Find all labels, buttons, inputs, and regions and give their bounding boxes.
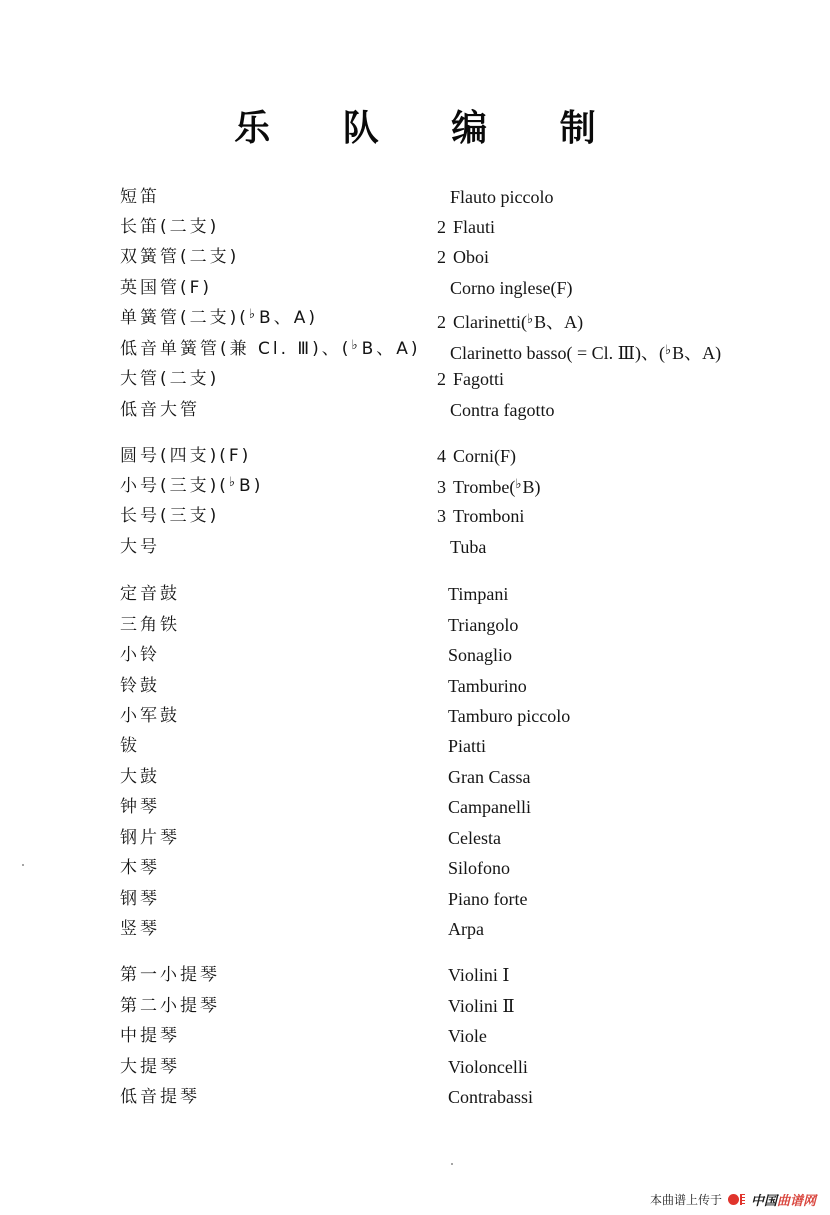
- instrument-label: Corno inglese(F): [450, 278, 572, 298]
- instrument-name-chinese: 低音提琴: [120, 1082, 200, 1107]
- instrument-name-italian: Piano forte: [448, 889, 527, 910]
- instrument-count: 4: [437, 446, 453, 467]
- logo-circle-icon: [728, 1194, 739, 1205]
- instrument-row: 长笛(二支)2Flauti: [0, 210, 830, 240]
- instrument-name-chinese: 双簧管(二支): [120, 242, 239, 267]
- instrument-label: Celesta: [448, 828, 501, 848]
- instrument-name-chinese: 三角铁: [120, 610, 180, 635]
- instrument-name-italian: 2Fagotti: [437, 369, 504, 390]
- instrument-label: Triangolo: [448, 615, 518, 635]
- footer-watermark: 本曲谱上传于 中国曲谱网: [650, 1190, 816, 1209]
- instrument-row: 三角铁Triangolo: [0, 608, 830, 638]
- instrument-row: 竖琴Arpa: [0, 912, 830, 942]
- instrument-name-chinese: 低音大管: [120, 395, 200, 420]
- instrument-row: 第二小提琴Violini Ⅱ: [0, 989, 830, 1019]
- instrument-name-chinese: 单簧管(二支)(♭B、A): [120, 303, 318, 328]
- instrument-count: 2: [437, 217, 453, 238]
- instrument-count: 2: [437, 247, 453, 268]
- scan-speck: [22, 864, 24, 866]
- instrument-name-chinese: 大号: [120, 532, 160, 557]
- flat-sign-icon: ♭: [351, 338, 360, 353]
- instrument-name-italian: Viole: [448, 1026, 487, 1047]
- flat-sign-icon: ♭: [527, 311, 533, 326]
- instrument-label: Timpani: [448, 584, 508, 604]
- instrument-name-chinese: 短笛: [120, 182, 160, 207]
- instrument-row: 木琴Silofono: [0, 851, 830, 881]
- instrument-label: Sonaglio: [448, 645, 512, 665]
- instrument-row: 低音大管Contra fagotto: [0, 393, 830, 423]
- instrument-row: 中提琴Viole: [0, 1019, 830, 1049]
- instrument-name-italian: Tamburino: [448, 676, 527, 697]
- instrument-name-chinese: 钟琴: [120, 792, 160, 817]
- instrument-row: 单簧管(二支)(♭B、A)2Clarinetti(♭B、A): [0, 301, 830, 331]
- instrument-row: 钹Piatti: [0, 729, 830, 759]
- flat-sign-icon: ♭: [665, 342, 671, 357]
- instrument-count: 2: [437, 312, 453, 333]
- instrument-label: Contra fagotto: [450, 400, 554, 420]
- logo-text-qupu: 曲谱网: [777, 1194, 816, 1209]
- instrument-row: 英国管(F)Corno inglese(F): [0, 271, 830, 301]
- instrument-name-chinese: 英国管(F): [120, 273, 212, 298]
- instrument-row: 钟琴Campanelli: [0, 790, 830, 820]
- instrument-name-chinese: 定音鼓: [120, 579, 180, 604]
- instrument-name-chinese: 圆号(四支)(F): [120, 441, 251, 466]
- instrument-name-chinese: 大提琴: [120, 1052, 180, 1077]
- instrument-row: 钢片琴Celesta: [0, 821, 830, 851]
- instrument-name-chinese: 第二小提琴: [120, 991, 220, 1016]
- instrument-name-italian: Violini Ⅱ: [448, 996, 515, 1017]
- instrument-label: Tromboni: [453, 506, 524, 526]
- instrument-label: Flauti: [453, 217, 495, 237]
- instrument-label: Oboi: [453, 247, 489, 267]
- instrument-count: 2: [437, 369, 453, 390]
- instrument-name-chinese: 钹: [120, 731, 140, 756]
- instrument-name-italian: 2Clarinetti(♭B、A): [437, 308, 583, 334]
- instrument-row: 小军鼓Tamburo piccolo: [0, 699, 830, 729]
- instrument-label: Clarinetto basso( = Cl. Ⅲ)、(♭B、A): [450, 343, 721, 363]
- instrument-label: Piano forte: [448, 889, 527, 909]
- instrument-name-italian: Campanelli: [448, 797, 531, 818]
- instrument-row: 短笛Flauto piccolo: [0, 180, 830, 210]
- flat-sign-icon: ♭: [249, 307, 258, 322]
- instrument-name-chinese: 铃鼓: [120, 671, 160, 696]
- instrument-name-italian: 2Oboi: [437, 247, 489, 268]
- instrument-name-italian: Sonaglio: [448, 645, 512, 666]
- instrument-name-italian: Contra fagotto: [450, 400, 554, 421]
- instrument-row: 小铃Sonaglio: [0, 638, 830, 668]
- instrument-label: Tamburino: [448, 676, 527, 696]
- instrument-row: 长号(三支)3Tromboni: [0, 499, 830, 529]
- instrument-name-italian: Violoncelli: [448, 1057, 528, 1078]
- instrument-name-chinese: 大鼓: [120, 762, 160, 787]
- page-title: 乐 队 编 制: [0, 100, 830, 151]
- instrument-count: 3: [437, 506, 453, 527]
- instrument-name-italian: Corno inglese(F): [450, 278, 572, 299]
- instrument-name-chinese: 第一小提琴: [120, 960, 220, 985]
- instrument-name-chinese: 竖琴: [120, 914, 160, 939]
- instrument-name-chinese: 小军鼓: [120, 701, 180, 726]
- instrument-name-chinese: 小铃: [120, 640, 160, 665]
- instrument-label: Tamburo piccolo: [448, 706, 570, 726]
- instrument-row: 双簧管(二支)2Oboi: [0, 240, 830, 270]
- instrument-count: 3: [437, 477, 453, 498]
- uploaded-label: 本曲谱上传于: [650, 1191, 722, 1208]
- instrument-name-italian: Tamburo piccolo: [448, 706, 570, 727]
- scan-speck: [451, 1163, 453, 1165]
- instrument-label: Piatti: [448, 736, 486, 756]
- instrument-name-chinese: 小号(三支)(♭B): [120, 471, 263, 496]
- instrument-label: Violoncelli: [448, 1057, 528, 1077]
- instrument-name-italian: Tuba: [450, 537, 486, 558]
- instrument-row: 第一小提琴Violini Ⅰ: [0, 958, 830, 988]
- instrument-name-italian: Arpa: [448, 919, 484, 940]
- instrument-label: Corni(F): [453, 446, 516, 466]
- site-logo-text: 中国曲谱网: [751, 1190, 816, 1209]
- instrument-label: Viole: [448, 1026, 487, 1046]
- instrument-name-italian: Piatti: [448, 736, 486, 757]
- instrument-name-italian: Celesta: [448, 828, 501, 849]
- instrument-name-italian: Triangolo: [448, 615, 518, 636]
- instrument-name-italian: 3Trombe(♭B): [437, 476, 540, 498]
- instrument-name-italian: Violini Ⅰ: [448, 965, 510, 986]
- instrument-label: Violini Ⅰ: [448, 965, 510, 985]
- instrument-row: 铃鼓Tamburino: [0, 669, 830, 699]
- instrument-label: Contrabassi: [448, 1087, 533, 1107]
- instrument-row: 圆号(四支)(F)4Corni(F): [0, 439, 830, 469]
- instrument-name-chinese: 长笛(二支): [120, 212, 219, 237]
- instrument-name-chinese: 中提琴: [120, 1021, 180, 1046]
- instrument-row: 大鼓Gran Cassa: [0, 760, 830, 790]
- instrument-label: Trombe(♭B): [453, 477, 540, 497]
- instrument-name-chinese: 钢片琴: [120, 823, 180, 848]
- instrument-row: 大提琴Violoncelli: [0, 1050, 830, 1080]
- instrument-label: Violini Ⅱ: [448, 996, 515, 1016]
- instrument-row: 钢琴Piano forte: [0, 882, 830, 912]
- instrument-label: Gran Cassa: [448, 767, 530, 787]
- instrument-row: 大管(二支)2Fagotti: [0, 362, 830, 392]
- instrument-label: Arpa: [448, 919, 484, 939]
- instrument-row: 小号(三支)(♭B)3Trombe(♭B): [0, 469, 830, 499]
- instrument-label: Flauto piccolo: [450, 187, 553, 207]
- instrument-row: 低音单簧管(兼 Cl. Ⅲ)、(♭B、A)Clarinetto basso( =…: [0, 332, 830, 362]
- instrument-name-italian: Gran Cassa: [448, 767, 530, 788]
- instrument-name-italian: 3Tromboni: [437, 506, 524, 527]
- instrument-name-italian: Contrabassi: [448, 1087, 533, 1108]
- instrument-row: 大号Tuba: [0, 530, 830, 560]
- instrument-name-chinese: 木琴: [120, 853, 160, 878]
- instrument-label: Tuba: [450, 537, 486, 557]
- instrument-name-italian: Timpani: [448, 584, 508, 605]
- logo-bars-icon: [740, 1194, 745, 1205]
- instrument-row: 低音提琴Contrabassi: [0, 1080, 830, 1110]
- instrument-name-chinese: 低音单簧管(兼 Cl. Ⅲ)、(♭B、A): [120, 334, 421, 359]
- instrument-label: Silofono: [448, 858, 510, 878]
- instrument-name-italian: 4Corni(F): [437, 446, 516, 467]
- instrument-name-italian: Flauto piccolo: [450, 187, 553, 208]
- instrument-label: Fagotti: [453, 369, 504, 389]
- flat-sign-icon: ♭: [229, 475, 238, 490]
- instrument-label: Campanelli: [448, 797, 531, 817]
- instrument-name-italian: 2Flauti: [437, 217, 495, 238]
- instrument-name-italian: Silofono: [448, 858, 510, 879]
- instrument-row: 定音鼓Timpani: [0, 577, 830, 607]
- instrument-label: Clarinetti(♭B、A): [453, 312, 583, 332]
- instrument-name-chinese: 钢琴: [120, 884, 160, 909]
- flat-sign-icon: ♭: [515, 476, 521, 491]
- site-logo-icon: [728, 1194, 745, 1205]
- instrument-name-chinese: 大管(二支): [120, 364, 219, 389]
- logo-text-china: 中国: [751, 1194, 777, 1209]
- instrument-name-chinese: 长号(三支): [120, 501, 219, 526]
